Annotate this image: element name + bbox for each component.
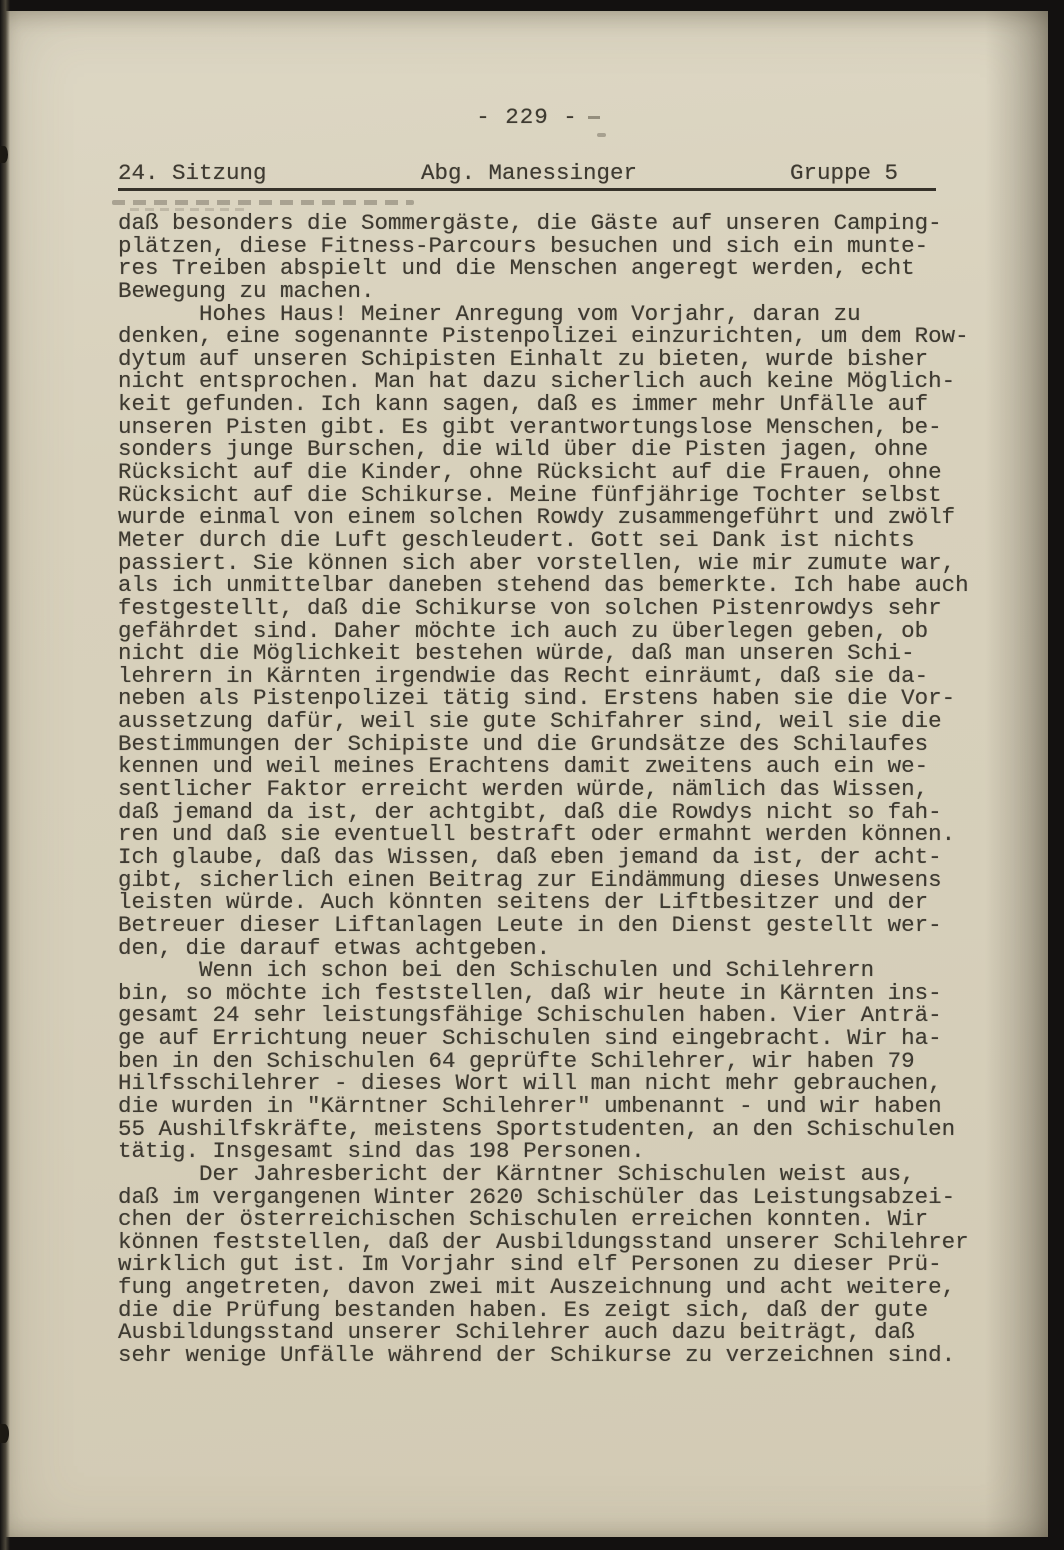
paragraph: Der Jahresbericht der Kärntner Schischul… (118, 1163, 988, 1367)
text-line: nicht die Möglichkeit bestehen würde, da… (118, 642, 988, 665)
text-line: sehr wenige Unfälle während der Schikurs… (118, 1344, 988, 1367)
header-session-label: 24. Sitzung (118, 160, 267, 186)
scan-edge-mark (0, 146, 8, 163)
text-line: die die Prüfung bestanden haben. Es zeig… (118, 1299, 988, 1322)
text-line: denken, eine sogenannte Pistenpolizei ei… (118, 325, 988, 348)
paragraph: Wenn ich schon bei den Schischulen und S… (118, 959, 988, 1163)
text-line: den, die darauf etwas achtgeben. (118, 937, 988, 960)
text-line: keit gefunden. Ich kann sagen, daß es im… (118, 393, 988, 416)
text-line: Rücksicht auf die Schikurse. Meine fünfj… (118, 484, 988, 507)
text-line: ben in den Schischulen 64 geprüfte Schil… (118, 1050, 988, 1073)
bleed-through-smudge (112, 200, 414, 205)
header-speaker-label: Abg. Manessinger (421, 160, 637, 186)
text-line: Bestimmungen der Schipiste und die Grund… (118, 733, 988, 756)
text-line: als ich unmittelbar daneben stehend das … (118, 574, 988, 597)
text-line: gesamt 24 sehr leistungsfähige Schischul… (118, 1004, 988, 1027)
text-line: Hohes Haus! Meiner Anregung vom Vorjahr,… (118, 303, 988, 326)
scan-border-left (0, 0, 10, 1550)
scan-right-shadow (985, 0, 1048, 1550)
text-line: dytum auf unseren Schipisten Einhalt zu … (118, 348, 988, 371)
text-line: ge auf Errichtung neuer Schischulen sind… (118, 1027, 988, 1050)
paragraph: daß besonders die Sommergäste, die Gäste… (118, 212, 988, 303)
text-line: Wenn ich schon bei den Schischulen und S… (118, 959, 988, 982)
text-line: Der Jahresbericht der Kärntner Schischul… (118, 1163, 988, 1186)
text-line: sonders junge Burschen, die wild über di… (118, 438, 988, 461)
bleed-through-smudge (130, 208, 248, 211)
scanned-page: - 229 - 24. Sitzung Abg. Manessinger Gru… (0, 0, 1064, 1550)
text-line: kennen und weil meines Erachtens damit z… (118, 755, 988, 778)
text-line: wirklich gut ist. Im Vorjahr sind elf Pe… (118, 1253, 988, 1276)
header-group-label: Gruppe 5 (790, 160, 898, 186)
page-header: 24. Sitzung Abg. Manessinger Gruppe 5 (118, 160, 936, 191)
text-line: neben als Pistenpolizei tätig sind. Erst… (118, 687, 988, 710)
document-body: daß besonders die Sommergäste, die Gäste… (118, 212, 988, 1367)
text-line: fung angetreten, davon zwei mit Auszeich… (118, 1276, 988, 1299)
scan-edge-mark (0, 1424, 9, 1443)
text-line: leisten würde. Auch könnten seitens der … (118, 891, 988, 914)
paragraph: Hohes Haus! Meiner Anregung vom Vorjahr,… (118, 303, 988, 960)
text-line: Meter durch die Luft geschleudert. Gott … (118, 529, 988, 552)
ink-smudge (597, 133, 606, 137)
text-line: daß jemand da ist, der achtgibt, daß die… (118, 801, 988, 824)
text-line: chen der österreichischen Schischulen er… (118, 1208, 988, 1231)
text-line: ren und daß sie eventuell bestraft oder … (118, 823, 988, 846)
text-line: passiert. Sie können sich aber vorstelle… (118, 552, 988, 575)
text-line: daß besonders die Sommergäste, die Gäste… (118, 212, 988, 235)
scan-border-right (1048, 0, 1064, 1550)
text-line: daß im vergangenen Winter 2620 Schischül… (118, 1186, 988, 1209)
text-line: aussetzung dafür, weil sie gute Schifahr… (118, 710, 988, 733)
text-line: res Treiben abspielt und die Menschen an… (118, 257, 988, 280)
text-line: sentlicher Faktor erreicht werden würde,… (118, 778, 988, 801)
text-line: Betreuer dieser Liftanlagen Leute in den… (118, 914, 988, 937)
text-line: nicht entsprochen. Man hat dazu sicherli… (118, 370, 988, 393)
text-line: plätzen, diese Fitness-Parcours besuchen… (118, 235, 988, 258)
text-line: gefährdet sind. Daher möchte ich auch zu… (118, 620, 988, 643)
text-line: Bewegung zu machen. (118, 280, 988, 303)
scan-border-top (0, 0, 1064, 11)
text-line: bin, so möchte ich feststellen, daß wir … (118, 982, 988, 1005)
text-line: unseren Pisten gibt. Es gibt verantwortu… (118, 416, 988, 439)
text-line: Rücksicht auf die Kinder, ohne Rücksicht… (118, 461, 988, 484)
text-line: tätig. Insgesamt sind das 198 Personen. (118, 1140, 988, 1163)
ink-smudge (588, 116, 600, 119)
text-line: wurde einmal von einem solchen Rowdy zus… (118, 506, 988, 529)
text-line: gibt, sicherlich einen Beitrag zur Eindä… (118, 869, 988, 892)
text-line: können feststellen, daß der Ausbildungss… (118, 1231, 988, 1254)
text-line: festgestellt, daß die Schikurse von solc… (118, 597, 988, 620)
text-line: Ausbildungsstand unserer Schilehrer auch… (118, 1321, 988, 1344)
text-line: lehrern in Kärnten irgendwie das Recht e… (118, 665, 988, 688)
text-line: die wurden in "Kärntner Schilehrer" umbe… (118, 1095, 988, 1118)
scan-border-bottom (0, 1537, 1064, 1550)
page-number: - 229 - (118, 104, 936, 130)
text-line: Hilfsschilehrer - dieses Wort will man n… (118, 1072, 988, 1095)
text-line: Ich glaube, daß das Wissen, daß eben jem… (118, 846, 988, 869)
text-line: 55 Aushilfskräfte, meistens Sportstudent… (118, 1118, 988, 1141)
